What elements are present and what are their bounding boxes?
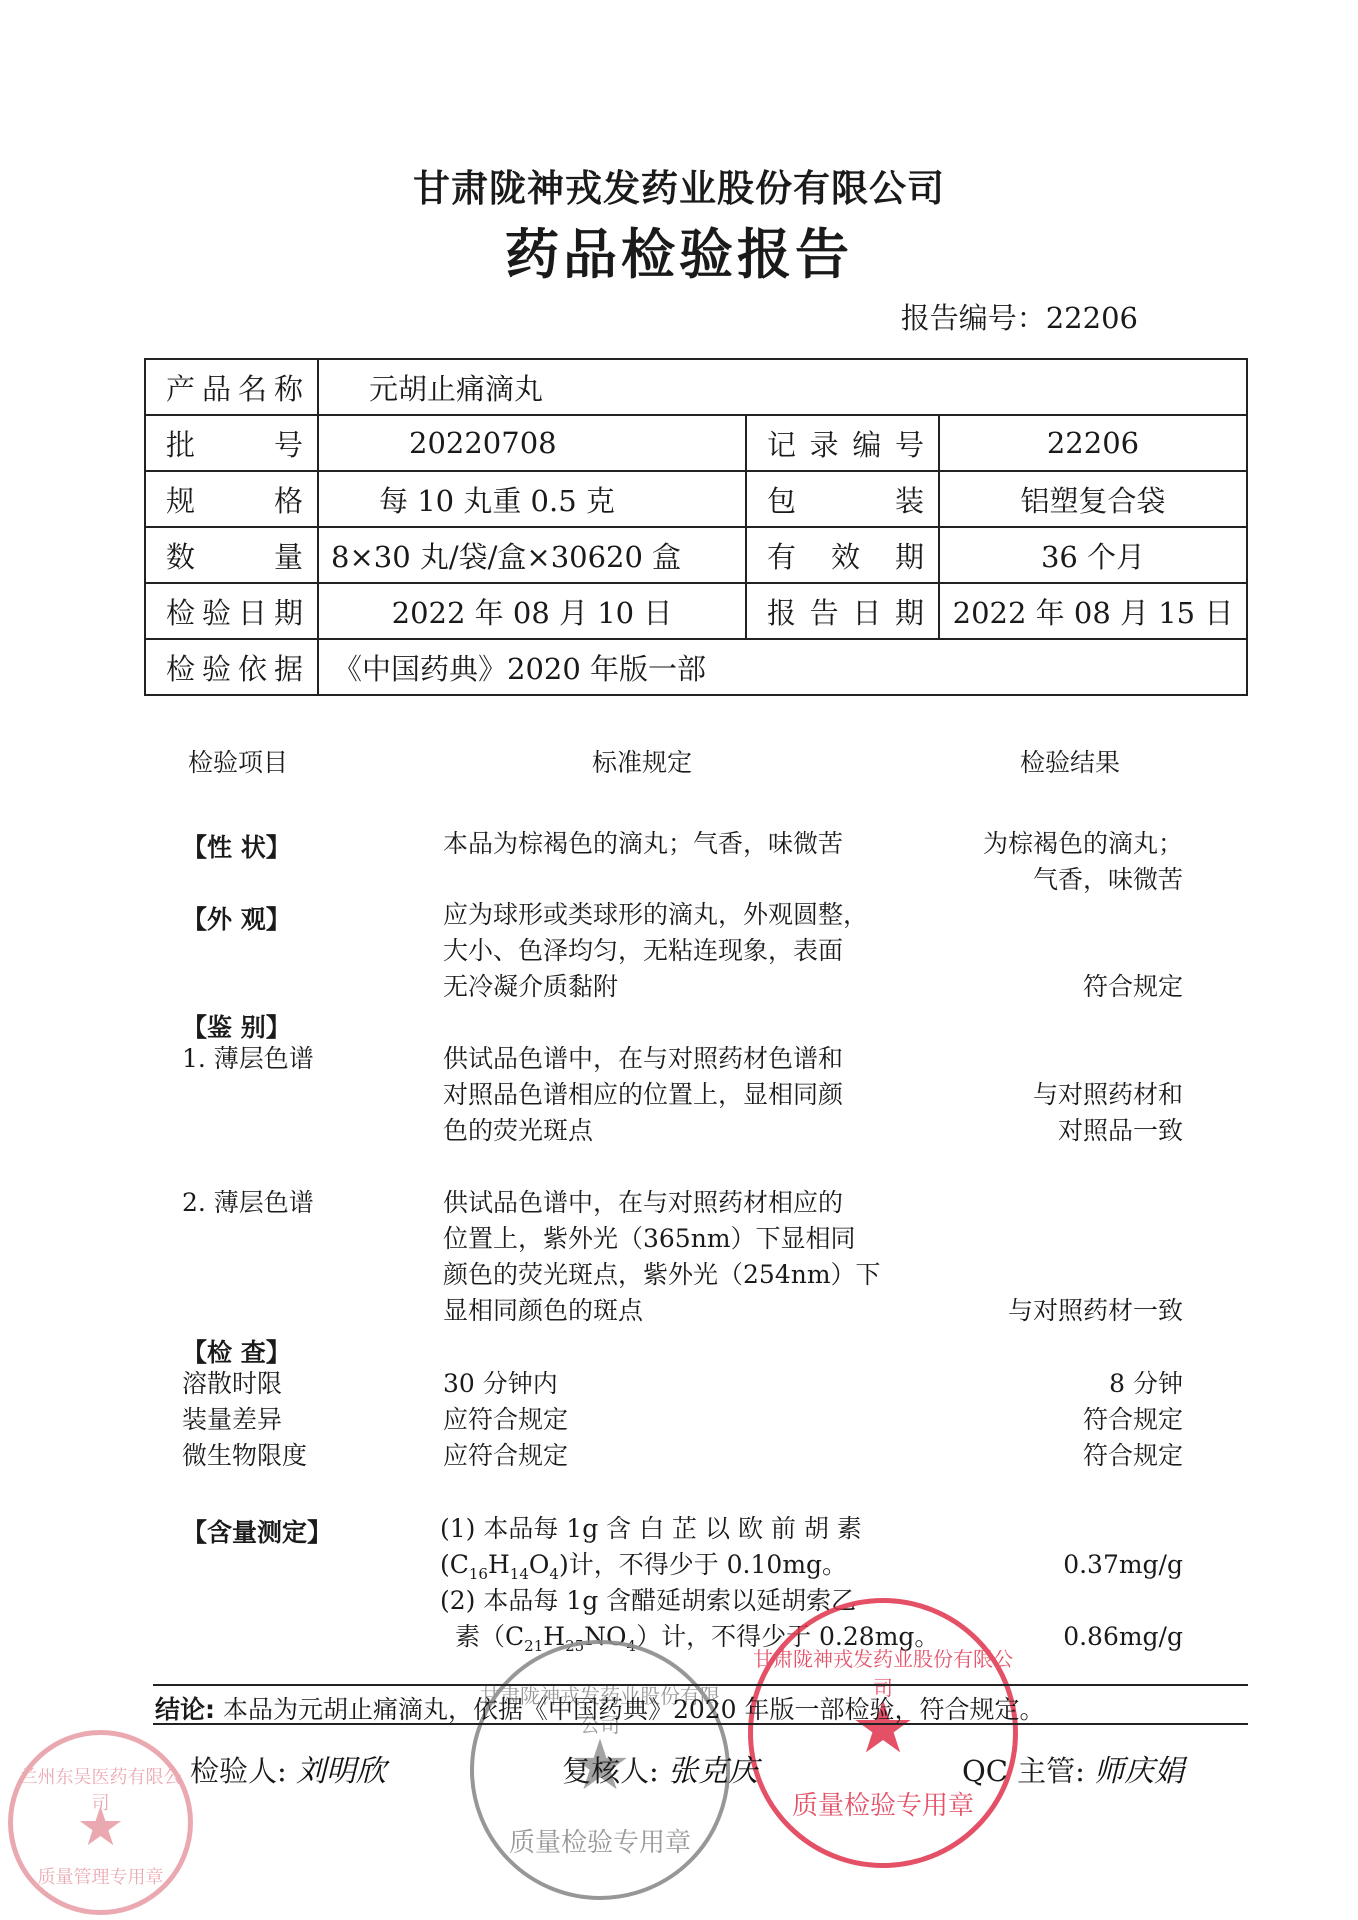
tlc-1-name: 1. 薄层色谱 [182, 1041, 314, 1077]
company-name: 甘肃陇神戎发药业股份有限公司 [0, 158, 1358, 212]
tlc-2-standard-4: 显相同颜色的斑点 [443, 1293, 913, 1329]
inspector-label: 检验人: [190, 1754, 287, 1788]
section-inspection: 【检 查】 [182, 1333, 291, 1369]
conclusion-top-rule [153, 1684, 1248, 1686]
inspection-1-result: 8 分钟 [1109, 1366, 1183, 1402]
tlc-2-standard-1: 供试品色谱中，在与对照药材相应的 [443, 1185, 913, 1221]
inspection-3-name: 微生物限度 [182, 1438, 307, 1474]
report-number-label: 报告编号： [901, 301, 1046, 335]
appearance-standard-1: 应为球形或类球形的滴丸，外观圆整， [443, 897, 913, 933]
header-item: 检验项目 [188, 743, 288, 779]
row-quantity: 数量 8×30 丸/袋/盒×30620 盒 有效期 36 个月 [145, 527, 1247, 583]
batch-value: 20220708 [318, 415, 746, 471]
tlc-1-standard-1: 供试品色谱中，在与对照药材色谱和 [443, 1041, 913, 1077]
tlc-2-result: 与对照药材一致 [1008, 1293, 1183, 1329]
assay-1-line2-rest: 计，不得少于 0.10mg。 [569, 1550, 847, 1579]
inspection-2-standard: 应符合规定 [443, 1402, 913, 1438]
stamp-red-bottom-text: 质量检验专用章 [753, 1785, 1013, 1822]
appearance-standard-2: 大小、色泽均匀，无粘连现象，表面 [443, 933, 913, 969]
report-date-value: 2022 年 08 月 15 日 [939, 583, 1247, 639]
report-date-label: 报告日期 [746, 583, 939, 639]
assay-1-result: 0.37mg/g [1063, 1547, 1183, 1583]
package-value: 铝塑复合袋 [939, 471, 1247, 527]
section-assay: 【含量测定】 [182, 1513, 332, 1549]
tlc-1-standard-2: 对照品色谱相应的位置上，显相同颜 [443, 1077, 913, 1113]
section-identification: 【鉴 别】 [182, 1008, 291, 1044]
tlc-2-name: 2. 薄层色谱 [182, 1185, 314, 1221]
conclusion-text: 本品为元胡止痛滴丸，依据《中国药典》2020 年版一部检验，符合规定。 [215, 1695, 1045, 1724]
test-date-value: 2022 年 08 月 10 日 [318, 583, 746, 639]
test-date-label: 检验日期 [145, 583, 318, 639]
inspection-1-name: 溶散时限 [182, 1366, 282, 1402]
tlc-2-standard-2: 位置上，紫外光（365nm）下显相同 [443, 1221, 913, 1257]
row-spec: 规格 每 10 丸重 0.5 克 包装 铝塑复合袋 [145, 471, 1247, 527]
reviewer-label: 复核人: [562, 1754, 659, 1788]
report-number: 报告编号：22206 [901, 296, 1138, 337]
appearance-result: 符合规定 [1083, 969, 1183, 1005]
spec-value: 每 10 丸重 0.5 克 [318, 471, 746, 527]
tlc-1-result-1: 与对照药材和 [1033, 1077, 1183, 1113]
inspection-2-name: 装量差异 [182, 1402, 282, 1438]
assay-2-result: 0.86mg/g [1063, 1619, 1183, 1655]
inspector-signature: 检验人: 刘明欣 [190, 1746, 386, 1790]
spec-label: 规格 [145, 471, 318, 527]
assay-2-line1: (2) 本品每 1g 含醋延胡索以延胡索乙 [440, 1583, 856, 1619]
assay-1-line1: (1) 本品每 1g 含 白 芷 以 欧 前 胡 素 [440, 1511, 862, 1547]
product-info-table: 产品名称 元胡止痛滴丸 批号 20220708 记录编号 22206 规格 每 … [144, 358, 1248, 696]
report-title: 药品检验报告 [0, 212, 1358, 289]
stamp-red-quality-inspection: 甘肃陇神戎发药业股份有限公司 ★ 质量检验专用章 [748, 1598, 1018, 1868]
batch-label: 批号 [145, 415, 318, 471]
properties-result-1: 为棕褐色的滴丸； [983, 826, 1183, 862]
report-number-value: 22206 [1046, 301, 1138, 335]
tlc-2-standard-3: 颜色的荧光斑点，紫外光（254nm）下 [443, 1257, 913, 1293]
row-product-name: 产品名称 元胡止痛滴丸 [145, 359, 1247, 415]
conclusion-label: 结论: [155, 1695, 215, 1724]
stamp-dongwu-quality: 兰州东吴医药有限公司 ★ 质量管理专用章 [8, 1730, 193, 1915]
star-icon: ★ [13, 1795, 188, 1858]
validity-label: 有效期 [746, 527, 939, 583]
row-basis: 检验依据 《中国药典》2020 年版一部 [145, 639, 1247, 695]
record-no-label: 记录编号 [746, 415, 939, 471]
properties-result-2: 气香，味微苦 [1033, 862, 1183, 898]
appearance-standard-3: 无冷凝介质黏附 [443, 969, 913, 1005]
conclusion-bottom-rule [153, 1723, 1248, 1725]
qc-label: QC 主管: [962, 1754, 1085, 1788]
qc-signature: QC 主管: 师庆娟 [962, 1746, 1184, 1790]
inspector-sign: 刘明欣 [296, 1754, 386, 1789]
section-appearance: 【外 观】 [182, 900, 291, 936]
validity-value: 36 个月 [939, 527, 1247, 583]
tlc-1-standard-3: 色的荧光斑点 [443, 1113, 913, 1149]
basis-label: 检验依据 [145, 639, 318, 695]
quantity-label: 数量 [145, 527, 318, 583]
reviewer-signature: 复核人: 张克庆 [562, 1746, 758, 1790]
product-name-label: 产品名称 [145, 359, 318, 415]
qc-sign: 师庆娟 [1094, 1754, 1184, 1789]
inspection-1-standard: 30 分钟内 [443, 1366, 913, 1402]
basis-value: 《中国药典》2020 年版一部 [318, 639, 1247, 695]
inspection-3-standard: 应符合规定 [443, 1438, 913, 1474]
product-name-value: 元胡止痛滴丸 [318, 359, 1247, 415]
properties-standard: 本品为棕褐色的滴丸；气香，味微苦 [443, 826, 913, 862]
record-no-value: 22206 [939, 415, 1247, 471]
row-batch: 批号 20220708 记录编号 22206 [145, 415, 1247, 471]
row-dates: 检验日期 2022 年 08 月 10 日 报告日期 2022 年 08 月 1… [145, 583, 1247, 639]
header-standard: 标准规定 [592, 743, 692, 779]
section-properties: 【性 状】 [182, 828, 291, 864]
stamp-gray-bottom-text: 质量检验专用章 [474, 1822, 726, 1859]
tlc-1-result-2: 对照品一致 [1058, 1113, 1183, 1149]
inspection-3-result: 符合规定 [1083, 1438, 1183, 1474]
inspection-2-result: 符合规定 [1083, 1402, 1183, 1438]
assay-2-prefix: 素（ [455, 1622, 505, 1651]
package-label: 包装 [746, 471, 939, 527]
conclusion: 结论: 本品为元胡止痛滴丸，依据《中国药典》2020 年版一部检验，符合规定。 [155, 1690, 1045, 1726]
quantity-value: 8×30 丸/袋/盒×30620 盒 [318, 527, 746, 583]
header-result: 检验结果 [1020, 743, 1120, 779]
reviewer-sign: 张克庆 [668, 1754, 758, 1789]
stamp-left-bottom-text: 质量管理专用章 [13, 1863, 188, 1889]
